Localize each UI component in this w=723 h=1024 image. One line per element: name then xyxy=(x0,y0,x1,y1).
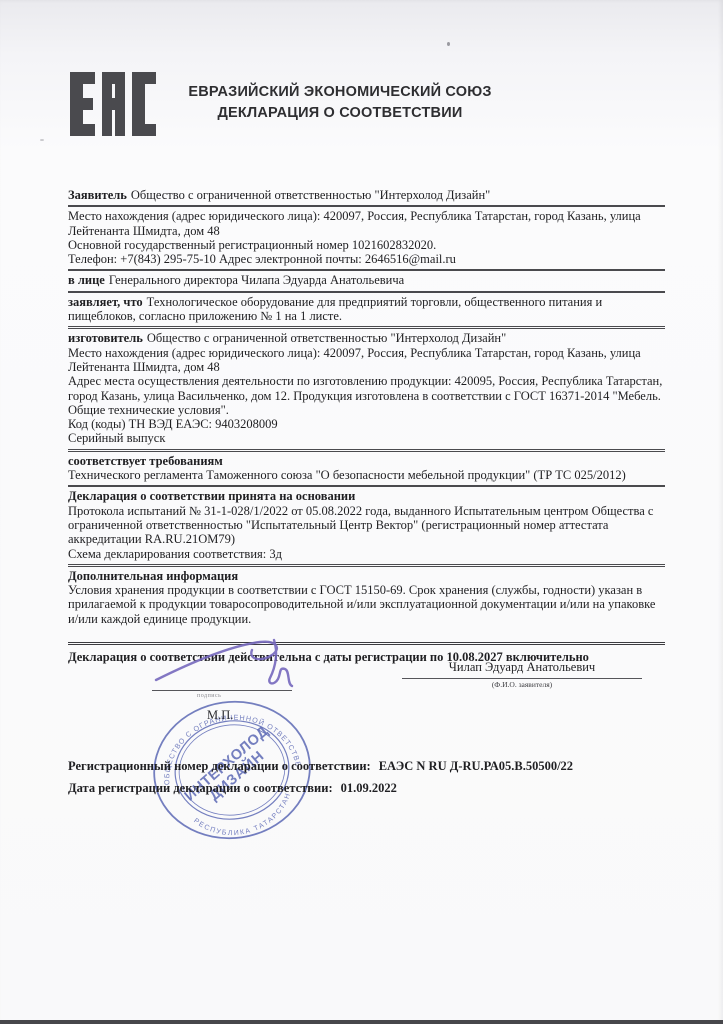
title-line-union: ЕВРАЗИЙСКИЙ ЭКОНОМИЧЕСКИЙ СОЮЗ xyxy=(70,82,610,103)
declares-row: заявляет, чтоТехнологическое оборудовани… xyxy=(68,293,665,330)
manufacturer-production-address: Адрес места осуществления деятельности п… xyxy=(68,374,665,417)
applicant-ogrn: Основной государственный регистрационный… xyxy=(68,238,665,252)
manufacturer-address: Место нахождения (адрес юридического лиц… xyxy=(68,346,665,375)
registration-number-row: Регистрационный номер декларации о соотв… xyxy=(68,755,668,777)
declaration-document: ЕАС ЕВРАЗИЙСКИЙ ЭКОНОМИЧЕСКИЙ СОЮЗ ДЕКЛА… xyxy=(0,0,723,1024)
document-body: ЗаявительОбщество с ограниченной ответст… xyxy=(68,186,665,664)
in-person-row: в лицеГенерального директора Чилапа Эдуа… xyxy=(68,271,665,292)
tnved-code: Код (коды) ТН ВЭД ЕАЭС: 9403208009 xyxy=(68,417,665,431)
applicant-details: Место нахождения (адрес юридического лиц… xyxy=(68,207,665,271)
scan-bottom-edge xyxy=(0,1020,723,1024)
basis-heading: Декларация о соответствии принята на осн… xyxy=(68,489,665,503)
manufacturer-label: изготовитель xyxy=(68,331,143,345)
registration-number-label: Регистрационный номер декларации о соотв… xyxy=(68,759,371,773)
in-person-label: в лице xyxy=(68,273,105,287)
document-title: ЕВРАЗИЙСКИЙ ЭКОНОМИЧЕСКИЙ СОЮЗ ДЕКЛАРАЦИ… xyxy=(70,82,610,124)
signature-line xyxy=(152,676,292,691)
conformity-body: Технического регламента Таможенного союз… xyxy=(68,468,665,482)
basis-scheme: Схема декларирования соответствия: 3д xyxy=(68,547,665,561)
registration-number-value: ЕАЭС N RU Д-RU.РА05.В.50500/22 xyxy=(379,759,573,773)
registration-date-value: 01.09.2022 xyxy=(341,781,397,795)
serial-production: Серийный выпуск xyxy=(68,431,665,445)
title-line-declaration: ДЕКЛАРАЦИЯ О СООТВЕТСТВИИ xyxy=(70,103,610,124)
registration-date-row: Дата регистрации декларации о соответств… xyxy=(68,777,668,799)
conformity-heading: соответствует требованиям xyxy=(68,454,665,468)
applicant-label: Заявитель xyxy=(68,188,127,202)
basis-protocol: Протокола испытаний № 31-1-028/1/2022 от… xyxy=(68,504,665,547)
applicant-contacts: Телефон: +7(843) 295-75-10 Адрес электро… xyxy=(68,252,665,266)
registration-date-label: Дата регистрации декларации о соответств… xyxy=(68,781,333,795)
fio-caption: (Ф.И.О. заявителя) xyxy=(402,679,642,689)
declares-value: Технологическое оборудование для предпри… xyxy=(68,295,602,323)
registration-block: Регистрационный номер декларации о соотв… xyxy=(68,755,668,799)
conformity-section: соответствует требованиям Технического р… xyxy=(68,452,665,488)
applicant-row: ЗаявительОбщество с ограниченной ответст… xyxy=(68,186,665,207)
stamp-place-label: М.П. xyxy=(207,708,233,723)
scan-speck xyxy=(40,139,44,141)
additional-heading: Дополнительная информация xyxy=(68,569,665,583)
manufacturer-value: Общество с ограниченной ответственностью… xyxy=(147,331,506,345)
additional-body: Условия хранения продукции в соответстви… xyxy=(68,583,665,626)
eac-logo-text: ЕАС xyxy=(0,0,1,1)
basis-section: Декларация о соответствии принята на осн… xyxy=(68,487,665,566)
manufacturer-section: изготовительОбщество с ограниченной отве… xyxy=(68,329,665,451)
manufacturer-row: изготовительОбщество с ограниченной отве… xyxy=(68,331,665,345)
applicant-address: Место нахождения (адрес юридического лиц… xyxy=(68,209,665,238)
applicant-signature-block: Чилап Эдуард Анатольевич (Ф.И.О. заявите… xyxy=(402,660,642,689)
applicant-value: Общество с ограниченной ответственностью… xyxy=(131,188,490,202)
applicant-fio: Чилап Эдуард Анатольевич xyxy=(402,660,642,679)
scan-speck xyxy=(447,42,450,46)
declares-label: заявляет, что xyxy=(68,295,143,309)
in-person-value: Генерального директора Чилапа Эдуарда Ан… xyxy=(109,273,404,287)
